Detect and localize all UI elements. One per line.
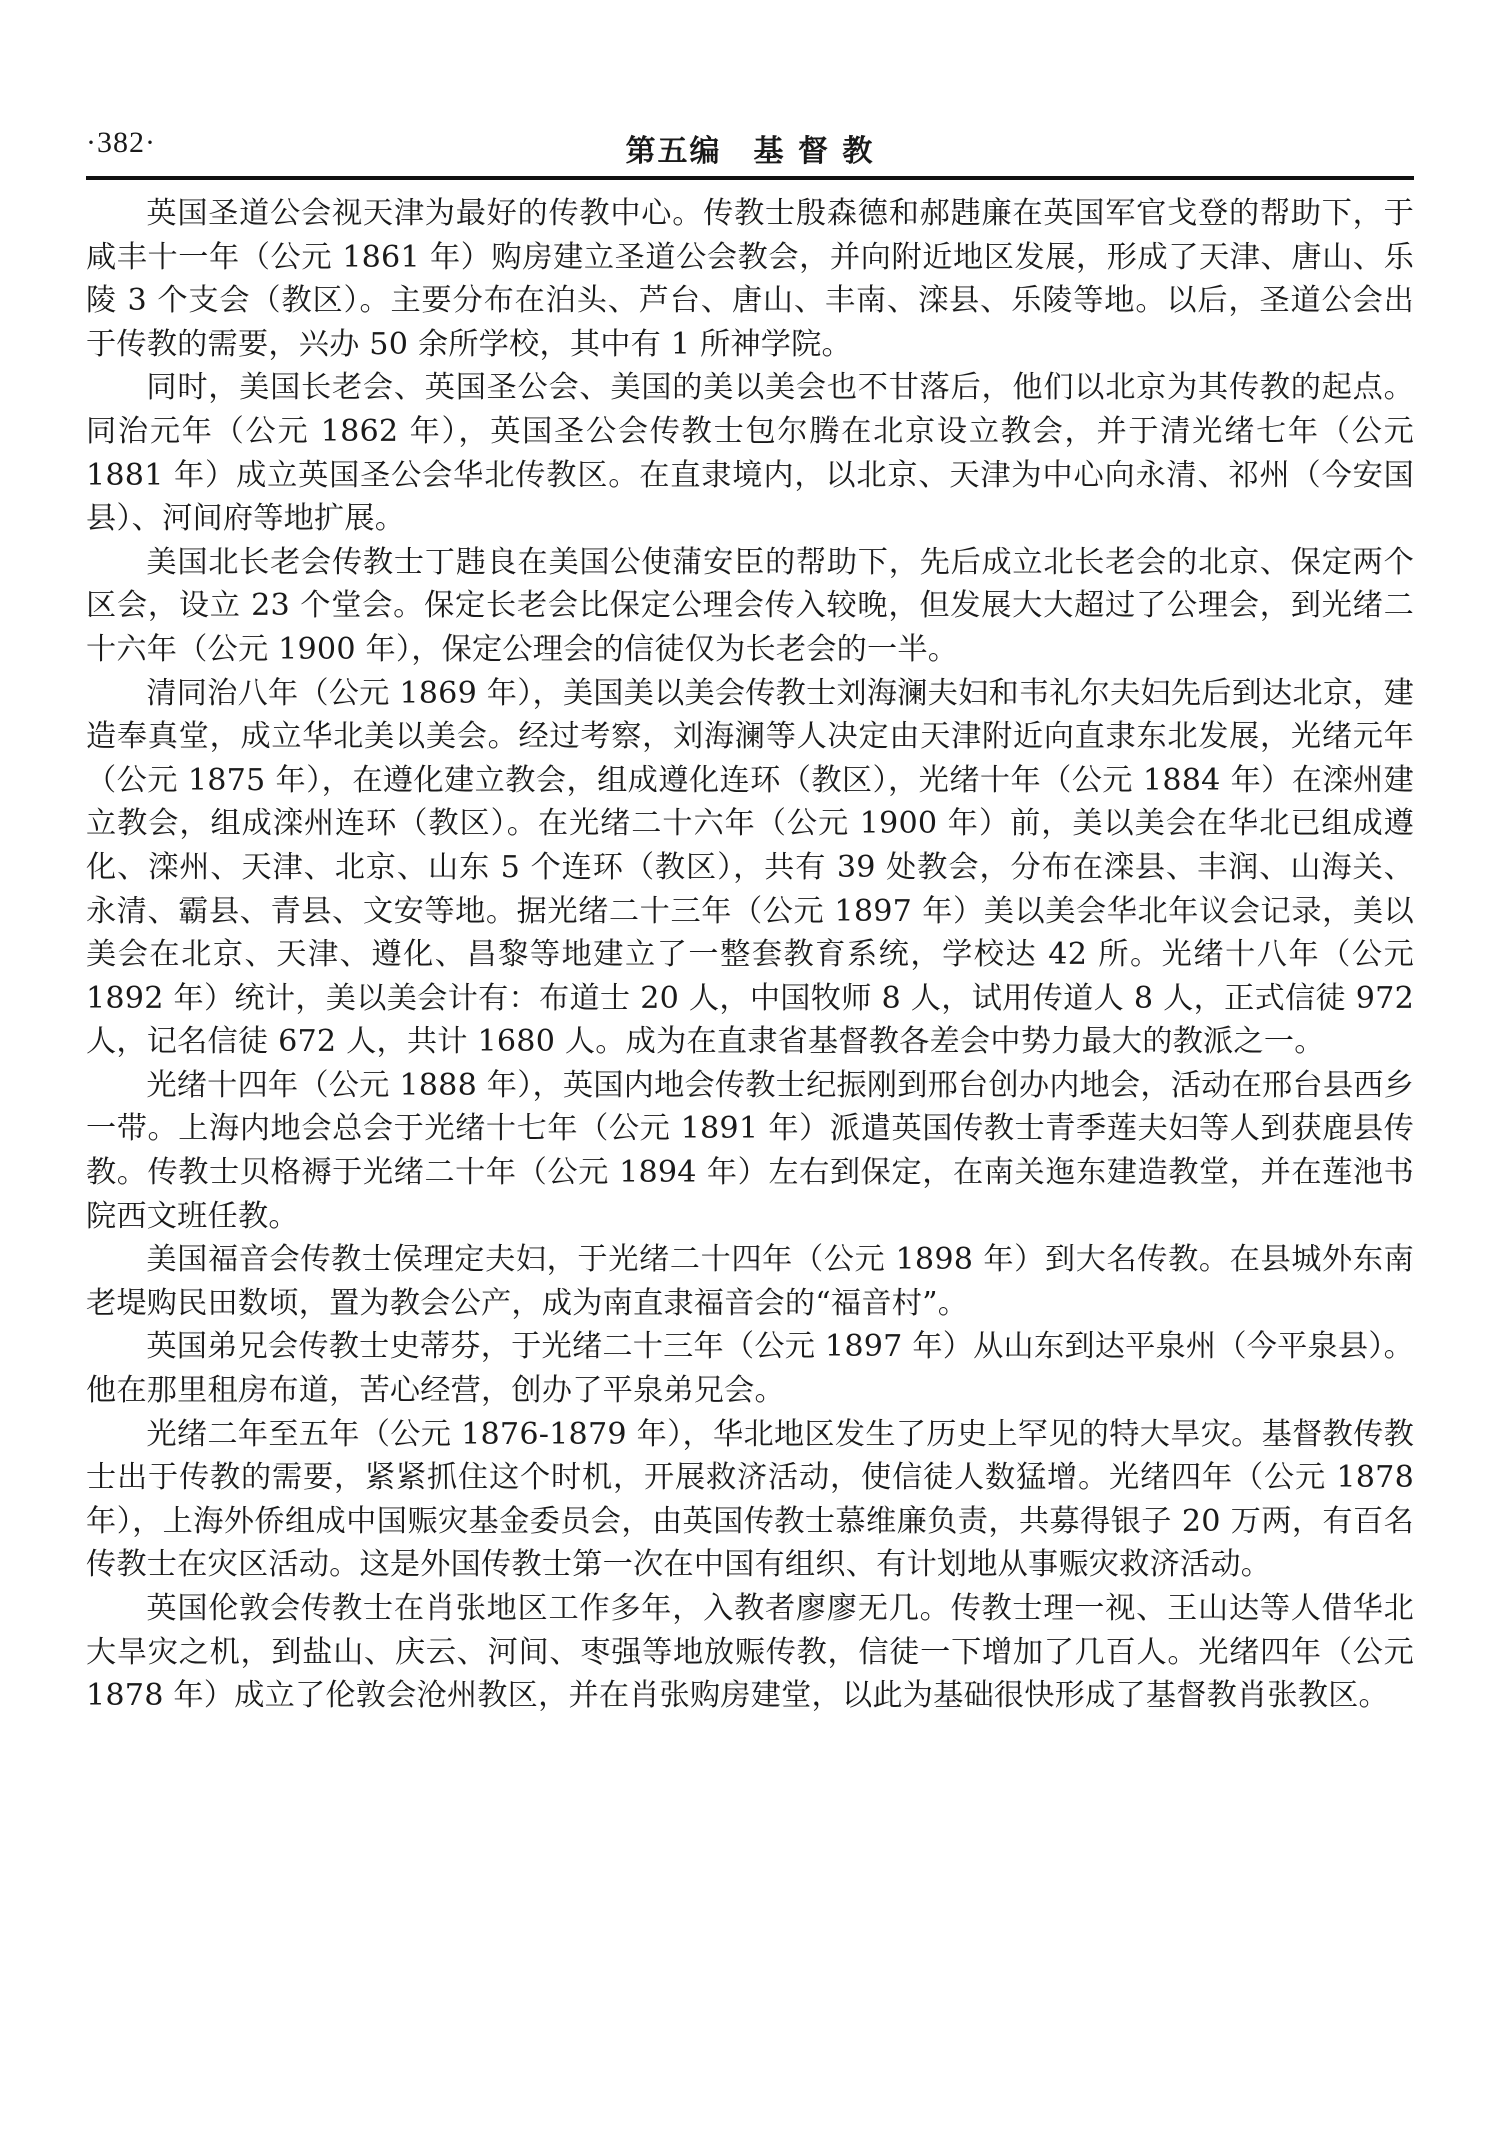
paragraph: 美国福音会传教士侯理定夫妇，于光绪二十四年（公元 1898 年）到大名传教。在县…	[86, 1238, 1414, 1325]
paragraph: 英国圣道公会视天津为最好的传教中心。传教士殷森德和郝韪廉在英国军官戈登的帮助下，…	[86, 192, 1414, 366]
paragraph: 光绪十四年（公元 1888 年），英国内地会传教士纪振刚到邢台创办内地会，活动在…	[86, 1064, 1414, 1238]
paragraph: 同时，美国长老会、英国圣公会、美国的美以美会也不甘落后，他们以北京为其传教的起点…	[86, 366, 1414, 540]
page-header: ·382· 第五编 基 督 教	[86, 118, 1414, 168]
paragraph: 英国伦敦会传教士在肖张地区工作多年，入教者廖廖无几。传教士理一视、王山达等人借华…	[86, 1587, 1414, 1718]
running-title: 第五编 基 督 教	[86, 126, 1414, 170]
body-text: 英国圣道公会视天津为最好的传教中心。传教士殷森德和郝韪廉在英国军官戈登的帮助下，…	[86, 192, 1414, 1718]
paragraph: 英国弟兄会传教士史蒂芬，于光绪二十三年（公元 1897 年）从山东到达平泉州（今…	[86, 1325, 1414, 1412]
paragraph: 光绪二年至五年（公元 1876-1879 年），华北地区发生了历史上罕见的特大旱…	[86, 1413, 1414, 1587]
paragraph: 美国北长老会传教士丁韪良在美国公使蒲安臣的帮助下，先后成立北长老会的北京、保定两…	[86, 541, 1414, 672]
paragraph: 清同治八年（公元 1869 年），美国美以美会传教士刘海澜夫妇和韦礼尔夫妇先后到…	[86, 672, 1414, 1064]
header-rule	[86, 176, 1414, 180]
